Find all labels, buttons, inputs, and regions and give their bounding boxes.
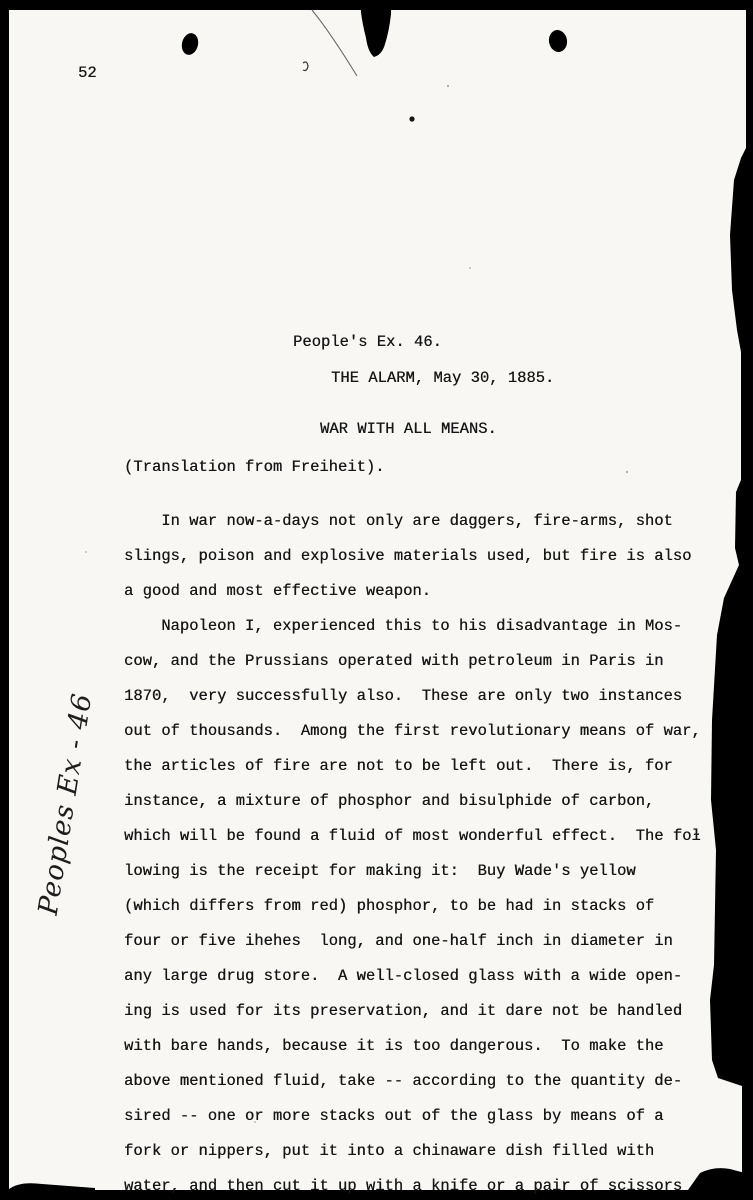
ink-speck: [409, 116, 414, 121]
dust-speck: [85, 551, 87, 553]
typed-line: In war now-a-days not only are daggers, …: [124, 504, 701, 539]
typed-body: In war now-a-days not only are daggers, …: [124, 504, 701, 1200]
typed-line: fork or nippers, put it into a chinaware…: [124, 1134, 701, 1169]
dust-speck: [469, 267, 471, 269]
source-heading: THE ALARM, May 30, 1885.: [331, 369, 554, 387]
scan-border-bottom-left-bump: [8, 1183, 95, 1190]
typed-line: slings, poison and explosive materials u…: [124, 539, 701, 574]
scan-border-left: [0, 0, 9, 1200]
scan-border-top: [0, 0, 753, 10]
scanned-page: 52 Peoples Ex - 46 People's Ex. 46. THE …: [0, 0, 753, 1200]
typed-line: cow, and the Prussians operated with pet…: [124, 644, 701, 679]
typed-line: water, and then cut it up with a knife o…: [124, 1169, 701, 1200]
punch-dot-right: [547, 29, 569, 54]
typed-line: lowing is the receipt for making it: Buy…: [124, 854, 701, 889]
page-number: 52: [78, 64, 97, 82]
typed-line: ing is used for its preservation, and it…: [124, 994, 701, 1029]
small-mark: [303, 62, 308, 71]
exhibit-heading: People's Ex. 46.: [293, 333, 442, 351]
typed-line: above mentioned fluid, take -- according…: [124, 1064, 701, 1099]
scratch-mark: [312, 10, 357, 76]
typed-line: which will be found a fluid of most wond…: [124, 819, 701, 854]
dust-speck: [447, 85, 449, 87]
dust-speck: [626, 471, 628, 473]
handwritten-exhibit-note: Peoples Ex - 46: [25, 644, 119, 967]
typed-line: with bare hands, because it is too dange…: [124, 1029, 701, 1064]
ink-blob-top: [360, 0, 391, 57]
scan-border-right: [710, 0, 753, 1200]
translation-note: (Translation from Freiheit).: [124, 458, 384, 476]
typed-line: out of thousands. Among the first revolu…: [124, 714, 701, 749]
punch-dot-left: [180, 31, 201, 56]
typed-line: the articles of fire are not to be left …: [124, 749, 701, 784]
typed-line: instance, a mixture of phosphor and bisu…: [124, 784, 701, 819]
typed-line: 1870, very successfully also. These are …: [124, 679, 701, 714]
typed-line: a good and most effective weapon.: [124, 574, 701, 609]
typed-line: (which differs from red) phosphor, to be…: [124, 889, 701, 924]
typed-line: Napoleon I, experienced this to his disa…: [124, 609, 701, 644]
typed-line: any large drug store. A well-closed glas…: [124, 959, 701, 994]
article-title: WAR WITH ALL MEANS.: [320, 420, 497, 438]
typed-line: sired -- one or more stacks out of the g…: [124, 1099, 701, 1134]
typed-line: four or five ihehes long, and one-half i…: [124, 924, 701, 959]
